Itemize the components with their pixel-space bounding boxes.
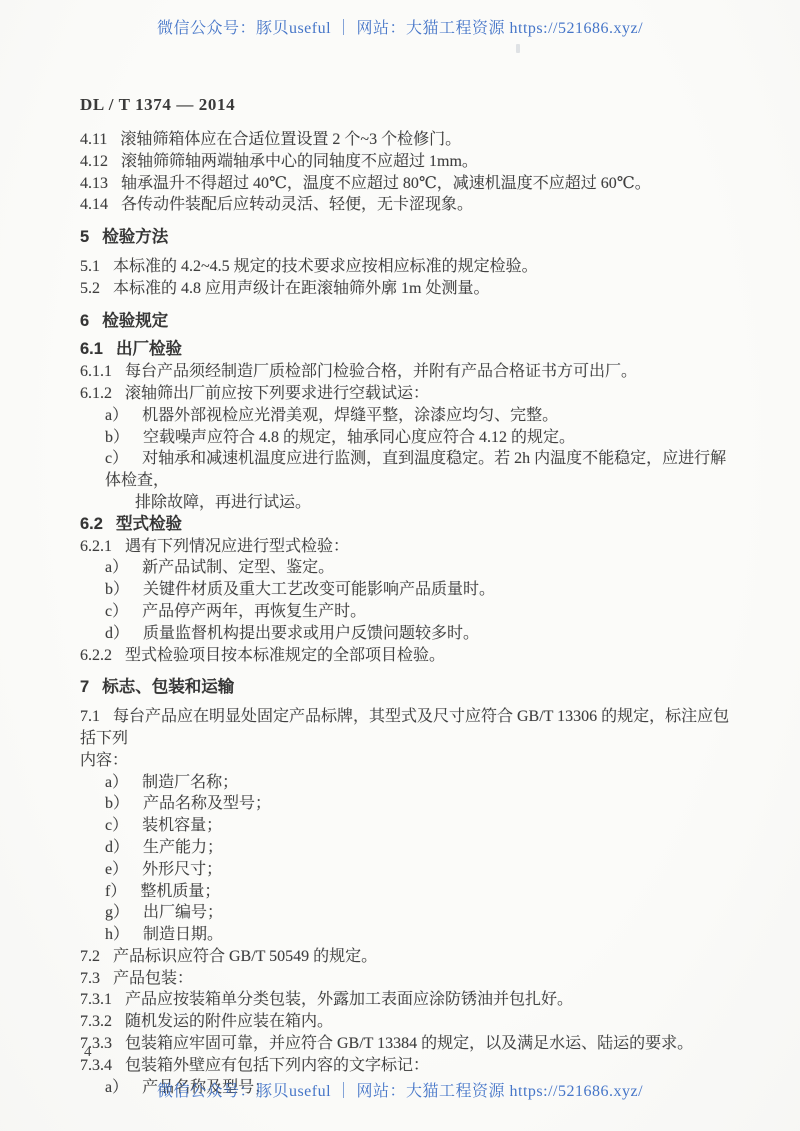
clause-text: 质量监督机构提出要求或用户反馈问题较多时。 — [143, 625, 479, 642]
clause-text: 检验规定 — [102, 312, 168, 330]
clause-number: c） — [105, 603, 128, 620]
clause-text: 型式检验 — [116, 515, 182, 533]
clause-line: b）空载噪声应符合 4.8 的规定，轴承同心度应符合 4.12 的规定。 — [80, 427, 736, 449]
clause-number: c） — [105, 817, 128, 834]
clause-number: 4.12 — [80, 153, 108, 170]
clause-line: 4.12滚轴筛筛轴两端轴承中心的同轴度不应超过 1mm。 — [80, 151, 736, 173]
clause-line: 7.1每台产品应在明显处固定产品标牌，其型式及尺寸应符合 GB/T 13306 … — [80, 706, 736, 750]
clause-number: g） — [105, 904, 129, 921]
clause-number: 6.2.2 — [80, 647, 112, 664]
scan-artifact — [516, 44, 520, 53]
clause-number: 7 — [80, 678, 89, 696]
clause-text: 滚轴筛出厂前应按下列要求进行空载试运： — [125, 385, 429, 402]
clause-text: 产品包装： — [113, 970, 193, 987]
clause-line: g）出厂编号； — [80, 902, 736, 924]
clause-text: 产品标识应符合 GB/T 50549 的规定。 — [113, 948, 377, 965]
clause-number: a） — [105, 559, 128, 576]
clause-line: c）产品停产两年，再恢复生产时。 — [80, 601, 736, 623]
clause-line: 4.14各传动件装配后应转动灵活、轻便，无卡涩现象。 — [80, 194, 736, 216]
clause-number: 4.11 — [80, 131, 107, 148]
clause-line: a）制造厂名称； — [80, 772, 736, 794]
clause-text: 检验方法 — [102, 228, 168, 246]
clause-line: 7.3.3包装箱应牢固可靠，并应符合 GB/T 13384 的规定，以及满足水运… — [80, 1033, 736, 1055]
clause-line: 4.11滚轴筛箱体应在合适位置设置 2 个~3 个检修门。 — [80, 129, 736, 151]
document-body: 4.11滚轴筛箱体应在合适位置设置 2 个~3 个检修门。4.12滚轴筛筛轴两端… — [80, 129, 736, 1098]
section-heading: 6检验规定 — [80, 311, 736, 333]
clause-number: 5.1 — [80, 258, 100, 275]
clause-line: c）装机容量； — [80, 815, 736, 837]
clause-number: a） — [105, 407, 128, 424]
header-watermark: 微信公众号：豚贝useful ｜ 网站：大猫工程资源 https://52168… — [0, 15, 800, 38]
clause-line: 7.3.4包装箱外壁应有包括下列内容的文字标记： — [80, 1055, 736, 1077]
clause-text: 排除故障，再进行试运。 — [135, 494, 311, 511]
clause-number: e） — [105, 861, 128, 878]
clause-text: 产品停产两年，再恢复生产时。 — [142, 603, 366, 620]
clause-text: 标志、包装和运输 — [102, 678, 234, 696]
clause-text: 装机容量； — [142, 817, 222, 834]
clause-line: 排除故障，再进行试运。 — [80, 492, 736, 514]
clause-line: 6.2.1遇有下列情况应进行型式检验： — [80, 536, 736, 558]
clause-line: b）产品名称及型号； — [80, 793, 736, 815]
clause-number: a） — [105, 774, 128, 791]
section-heading: 6.1出厂检验 — [80, 339, 736, 361]
clause-line: h）制造日期。 — [80, 924, 736, 946]
clause-text: 滚轴筛箱体应在合适位置设置 2 个~3 个检修门。 — [120, 131, 461, 148]
clause-text: 新产品试制、定型、鉴定。 — [142, 559, 334, 576]
clause-number: 6.1.1 — [80, 363, 112, 380]
clause-text: 关键件材质及重大工艺改变可能影响产品质量时。 — [143, 581, 495, 598]
clause-line: 6.1.2滚轴筛出厂前应按下列要求进行空载试运： — [80, 383, 736, 405]
clause-text: 外形尺寸； — [142, 861, 222, 878]
clause-number: 4.14 — [80, 196, 108, 213]
clause-text: 整机质量； — [140, 883, 220, 900]
clause-text: 遇有下列情况应进行型式检验： — [125, 538, 349, 555]
clause-text: 包装箱外壁应有包括下列内容的文字标记： — [125, 1057, 429, 1074]
page-number: 4 — [84, 1044, 92, 1061]
clause-text: 出厂检验 — [116, 340, 182, 358]
clause-number: d） — [105, 839, 129, 856]
clause-line: 6.2.2型式检验项目按本标准规定的全部项目检验。 — [80, 645, 736, 667]
clause-number: b） — [105, 581, 129, 598]
clause-line: f）整机质量； — [80, 881, 736, 903]
clause-text: 制造日期。 — [143, 926, 223, 943]
clause-number: 7.3 — [80, 970, 100, 987]
clause-line: 7.3产品包装： — [80, 968, 736, 990]
clause-text: 包装箱应牢固可靠，并应符合 GB/T 13384 的规定，以及满足水运、陆运的要… — [125, 1035, 693, 1052]
clause-line: b）关键件材质及重大工艺改变可能影响产品质量时。 — [80, 579, 736, 601]
clause-text: 每台产品须经制造厂质检部门检验合格，并附有产品合格证书方可出厂。 — [125, 363, 637, 380]
clause-number: 6 — [80, 312, 89, 330]
clause-text: 制造厂名称； — [142, 774, 238, 791]
clause-number: 6.2 — [80, 515, 103, 533]
clause-number: 7.2 — [80, 948, 100, 965]
clause-text: 每台产品应在明显处固定产品标牌，其型式及尺寸应符合 GB/T 13306 的规定… — [80, 708, 729, 747]
clause-line: 7.2产品标识应符合 GB/T 50549 的规定。 — [80, 946, 736, 968]
clause-text: 产品应按装箱单分类包装，外露加工表面应涂防锈油并包扎好。 — [125, 991, 573, 1008]
clause-text: 对轴承和减速机温度应进行监测，直到温度稳定。若 2h 内温度不能稳定，应进行解体… — [105, 450, 726, 489]
clause-line: d）生产能力； — [80, 837, 736, 859]
clause-number: d） — [105, 625, 129, 642]
clause-text: 内容： — [80, 752, 128, 769]
clause-line: 7.3.1产品应按装箱单分类包装，外露加工表面应涂防锈油并包扎好。 — [80, 989, 736, 1011]
clause-text: 滚轴筛筛轴两端轴承中心的同轴度不应超过 1mm。 — [121, 153, 478, 170]
clause-text: 随机发运的附件应装在箱内。 — [125, 1013, 333, 1030]
footer-watermark: 微信公众号：豚贝useful ｜ 网站：大猫工程资源 https://52168… — [0, 1078, 800, 1101]
clause-line: 6.1.1每台产品须经制造厂质检部门检验合格，并附有产品合格证书方可出厂。 — [80, 361, 736, 383]
clause-number: 7.3.2 — [80, 1013, 112, 1030]
section-heading: 5检验方法 — [80, 227, 736, 249]
clause-text: 产品名称及型号； — [143, 795, 271, 812]
document-page: 微信公众号：豚贝useful ｜ 网站：大猫工程资源 https://52168… — [0, 0, 800, 1131]
clause-number: 7.1 — [80, 708, 100, 725]
clause-number: c） — [105, 450, 128, 467]
clause-number: f） — [105, 883, 126, 900]
clause-text: 本标准的 4.8 应用声级计在距滚轴筛外廓 1m 处测量。 — [113, 280, 489, 297]
clause-text: 机器外部视检应光滑美观，焊缝平整，涂漆应均匀、完整。 — [142, 407, 558, 424]
clause-line: 7.3.2随机发运的附件应装在箱内。 — [80, 1011, 736, 1033]
clause-text: 轴承温升不得超过 40℃，温度不应超过 80℃，减速机温度不应超过 60℃。 — [121, 175, 651, 192]
clause-line: a）新产品试制、定型、鉴定。 — [80, 557, 736, 579]
clause-line: c）对轴承和减速机温度应进行监测，直到温度稳定。若 2h 内温度不能稳定，应进行… — [80, 448, 736, 492]
clause-line: d）质量监督机构提出要求或用户反馈问题较多时。 — [80, 623, 736, 645]
clause-text: 空载噪声应符合 4.8 的规定，轴承同心度应符合 4.12 的规定。 — [143, 429, 575, 446]
clause-number: b） — [105, 795, 129, 812]
section-heading: 7标志、包装和运输 — [80, 677, 736, 699]
clause-number: 5 — [80, 228, 89, 246]
clause-text: 出厂编号； — [143, 904, 223, 921]
standard-number-header: DL / T 1374 — 2014 — [80, 95, 235, 115]
clause-text: 本标准的 4.2~4.5 规定的技术要求应按相应标准的规定检验。 — [113, 258, 538, 275]
clause-line: e）外形尺寸； — [80, 859, 736, 881]
clause-number: 6.1 — [80, 340, 103, 358]
clause-number: b） — [105, 429, 129, 446]
clause-number: 4.13 — [80, 175, 108, 192]
clause-line: a）机器外部视检应光滑美观，焊缝平整，涂漆应均匀、完整。 — [80, 405, 736, 427]
clause-text: 各传动件装配后应转动灵活、轻便，无卡涩现象。 — [121, 196, 473, 213]
clause-line: 5.2本标准的 4.8 应用声级计在距滚轴筛外廓 1m 处测量。 — [80, 278, 736, 300]
clause-line: 5.1本标准的 4.2~4.5 规定的技术要求应按相应标准的规定检验。 — [80, 256, 736, 278]
clause-number: 5.2 — [80, 280, 100, 297]
clause-line: 4.13轴承温升不得超过 40℃，温度不应超过 80℃，减速机温度不应超过 60… — [80, 173, 736, 195]
clause-text: 生产能力； — [143, 839, 223, 856]
clause-number: 7.3.1 — [80, 991, 112, 1008]
clause-number: h） — [105, 926, 129, 943]
clause-number: 6.1.2 — [80, 385, 112, 402]
section-heading: 6.2型式检验 — [80, 514, 736, 536]
clause-text: 型式检验项目按本标准规定的全部项目检验。 — [125, 647, 445, 664]
clause-line: 内容： — [80, 750, 736, 772]
clause-number: 6.2.1 — [80, 538, 112, 555]
